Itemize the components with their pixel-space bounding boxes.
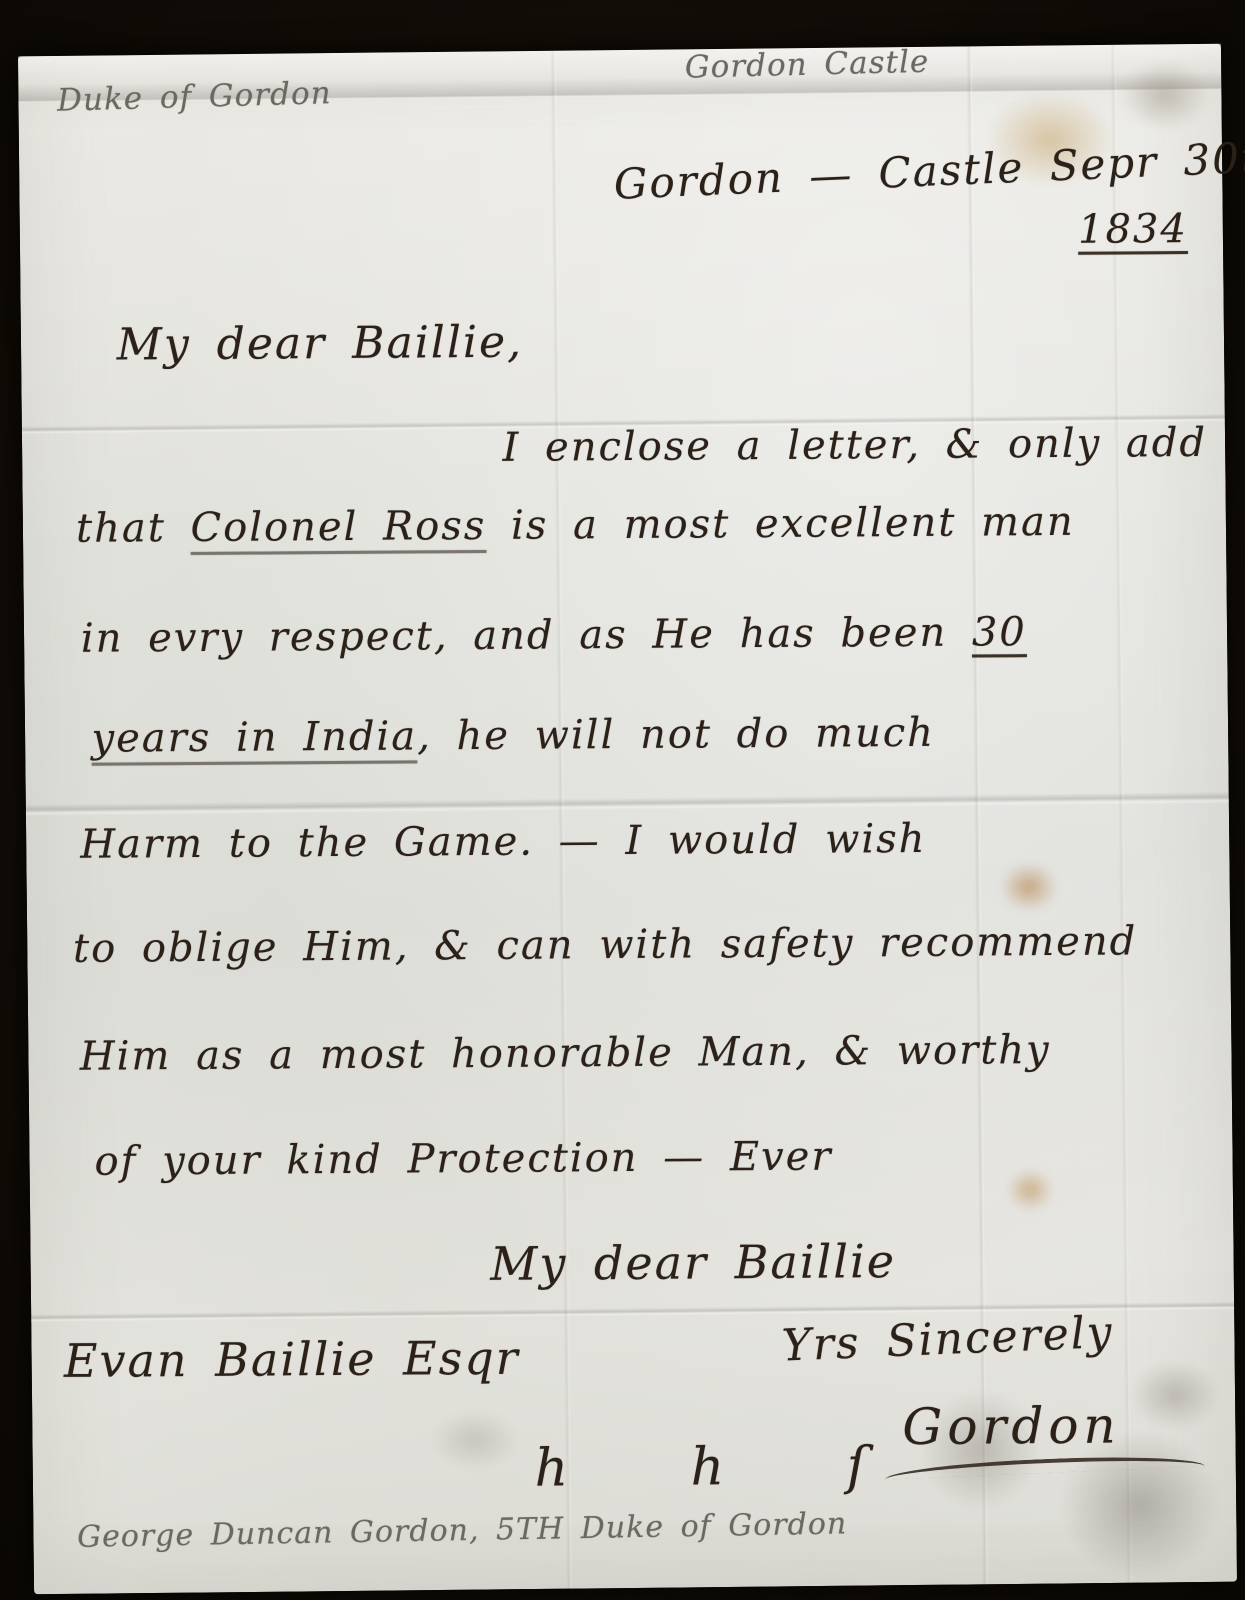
pencil-note-gordon-castle: Gordon Castle bbox=[684, 44, 929, 86]
body-text: I enclose a letter, & only add bbox=[502, 420, 1207, 471]
body-text: in evry respect, and as He has been bbox=[81, 610, 972, 662]
body-line: that Colonel Ross is a most excellent ma… bbox=[76, 499, 1075, 552]
date-year: 1834 bbox=[1078, 206, 1188, 253]
body-text: that bbox=[76, 505, 191, 552]
letter-body: I enclose a letter, & only addthat Colon… bbox=[0, 0, 1239, 4]
letter-photograph: Duke of Gordon Gordon Castle Gordon — Ca… bbox=[0, 0, 1245, 1600]
valediction: Yrs Sincerely bbox=[781, 1307, 1115, 1372]
body-text: to oblige Him, & can with safety recomme… bbox=[73, 918, 1138, 971]
body-text: Harm to the Game. — I would wish bbox=[80, 816, 926, 868]
underlined-phrase: 30 bbox=[972, 609, 1027, 655]
signature: Gordon bbox=[902, 1397, 1121, 1457]
salutation: My dear Baillie, bbox=[117, 317, 524, 371]
underlined-phrase: Colonel Ross bbox=[190, 503, 486, 551]
pen-flourish-marks: h h ſ bbox=[534, 1436, 914, 1499]
body-line: Him as a most honorable Man, & worthy bbox=[80, 1027, 1051, 1080]
pencil-note-attribution: George Duncan Gordon, 5TH Duke of Gordon bbox=[77, 1506, 848, 1554]
addressee: Evan Baillie Esqr bbox=[64, 1331, 520, 1388]
closing-salute: My dear Baillie bbox=[490, 1234, 896, 1291]
body-line: years in India, he will not do much bbox=[91, 710, 935, 762]
body-line: to oblige Him, & can with safety recomme… bbox=[73, 918, 1138, 971]
underlined-phrase: years in India bbox=[91, 713, 417, 761]
handwriting-layer: Duke of Gordon Gordon Castle Gordon — Ca… bbox=[0, 0, 1245, 1600]
pencil-note-duke-of-gordon: Duke of Gordon bbox=[57, 75, 332, 119]
body-line: of your kind Protection — Ever bbox=[94, 1134, 832, 1185]
dateline: Gordon — Castle Sepr 30th bbox=[613, 132, 1245, 209]
signature-underline-flourish bbox=[885, 1452, 1205, 1479]
body-text: of your kind Protection — Ever bbox=[94, 1134, 832, 1185]
body-line: I enclose a letter, & only add bbox=[502, 420, 1207, 471]
body-text: , he will not do much bbox=[417, 710, 935, 760]
body-line: in evry respect, and as He has been 30 bbox=[81, 609, 1027, 662]
body-text: is a most excellent man bbox=[486, 499, 1075, 549]
body-text: Him as a most honorable Man, & worthy bbox=[80, 1027, 1051, 1080]
body-line: Harm to the Game. — I would wish bbox=[80, 816, 926, 868]
